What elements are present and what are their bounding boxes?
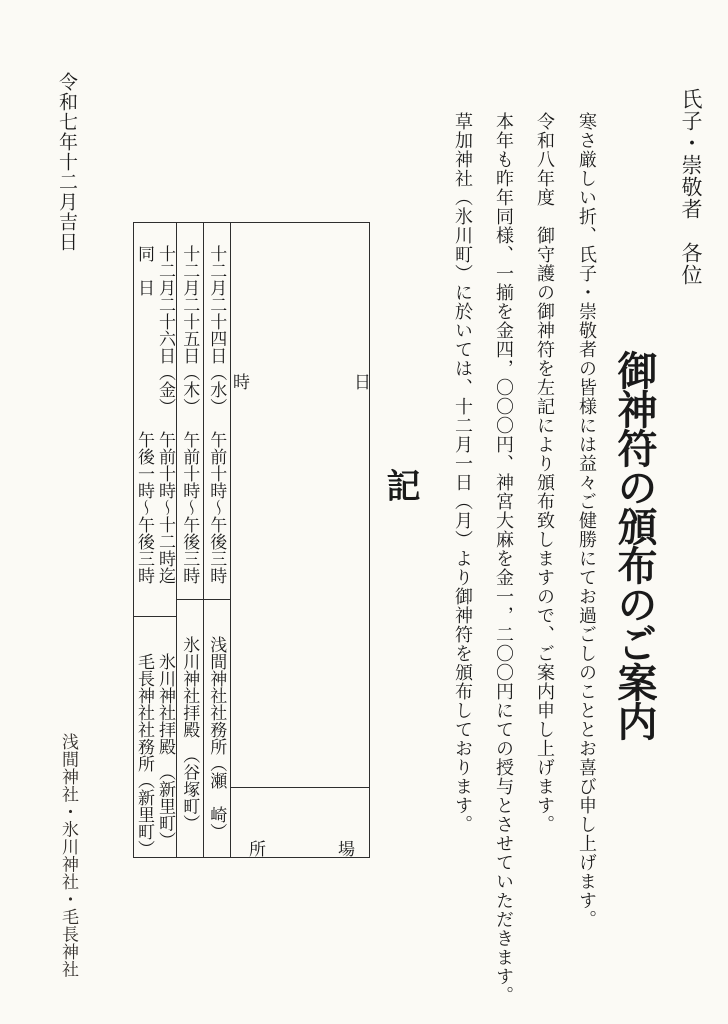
time-value: 午後一時～午後三時: [136, 431, 153, 584]
notice-page: 氏子・崇敬者 各位 御神符の頒布のご案内 寒さ厳しい折、氏子・崇敬者の皆様には益…: [0, 0, 728, 1024]
shrine-signature: 浅間神社・氷川神社・毛長神社: [60, 733, 77, 978]
issue-date: 令和七年十二月吉日: [57, 72, 76, 252]
table-header-column: 日時 場所: [230, 223, 369, 857]
place-value: 氷川神社拝殿 （谷塚町）: [181, 636, 198, 832]
body-paragraph-soka-shrine: 草加神社（氷川町）に於いては、十二月一日（月）より御神符を頒布しております。: [446, 112, 472, 834]
body-paragraph-announcement: 令和八年度 御守護の御神符を左記により頒布致しますので、ご案内申し上げます。: [528, 112, 554, 834]
table-row-dec24: 十二月二十四日（水） 午前十時～午後三時 浅間神社社務所（瀬 崎）: [203, 223, 230, 857]
schedule-table: 十二月二十六日（金） 午前十時～十二時迄 同 日 午後一時～午後三時 氷川神社拝…: [133, 222, 370, 858]
table-cell-place: 氷川神社拝殿 （新里町）: [155, 617, 176, 857]
table-cell-datetime: 十二月二十五日（木） 午前十時～午後三時: [177, 223, 203, 599]
body-paragraph-greeting: 寒さ厳しい折、氏子・崇敬者の皆様には益々ご健勝にてお過ごしのこととお喜び申し上げ…: [570, 112, 596, 929]
place-value: 浅間神社社務所（瀬 崎）: [208, 636, 225, 840]
table-row-dec25: 十二月二十五日（木） 午前十時～午後三時 氷川神社拝殿 （谷塚町）: [176, 223, 203, 857]
time-value: 午前十時～午後三時: [208, 431, 225, 584]
table-cell-datetime: 十二月二十六日（金） 午前十時～十二時迄: [155, 223, 176, 616]
time-value: 午前十時～十二時迄: [157, 431, 174, 584]
date-value: 十二月二十四日（水）: [208, 245, 225, 421]
header-datetime: 日時: [231, 223, 369, 390]
body-paragraph-prices: 本年も昨年同様、一揃を金四，〇〇〇円、神宮大麻を金一，二〇〇円にての授与とさせて…: [487, 112, 513, 1005]
header-place: 場所: [247, 788, 353, 857]
place-value: 毛長神社社務所（新里町）: [136, 653, 153, 857]
table-cell-datetime: 十二月二十四日（水） 午前十時～午後三時: [204, 223, 230, 599]
table-cell-place: 毛長神社社務所（新里町）: [134, 617, 155, 857]
table-row-dec26: 十二月二十六日（金） 午前十時～十二時迄 同 日 午後一時～午後三時 氷川神社拝…: [134, 223, 176, 857]
table-cell-place: 氷川神社拝殿 （谷塚町）: [177, 600, 203, 857]
table-cell-datetime: 同 日 午後一時～午後三時: [134, 223, 155, 616]
date-value: 十二月二十六日（金）: [157, 245, 174, 421]
notice-marker: 記: [382, 468, 416, 502]
page-title: 御神符の頒布のご案内: [614, 350, 654, 740]
time-value: 午前十時～午後三時: [181, 431, 198, 584]
date-value: 十二月二十五日（木）: [181, 245, 198, 421]
table-cell-place: 浅間神社社務所（瀬 崎）: [204, 600, 230, 857]
place-value: 氷川神社拝殿 （新里町）: [157, 653, 174, 849]
addressee: 氏子・崇敬者 各位: [680, 88, 701, 286]
date-value: 同 日: [136, 245, 153, 421]
